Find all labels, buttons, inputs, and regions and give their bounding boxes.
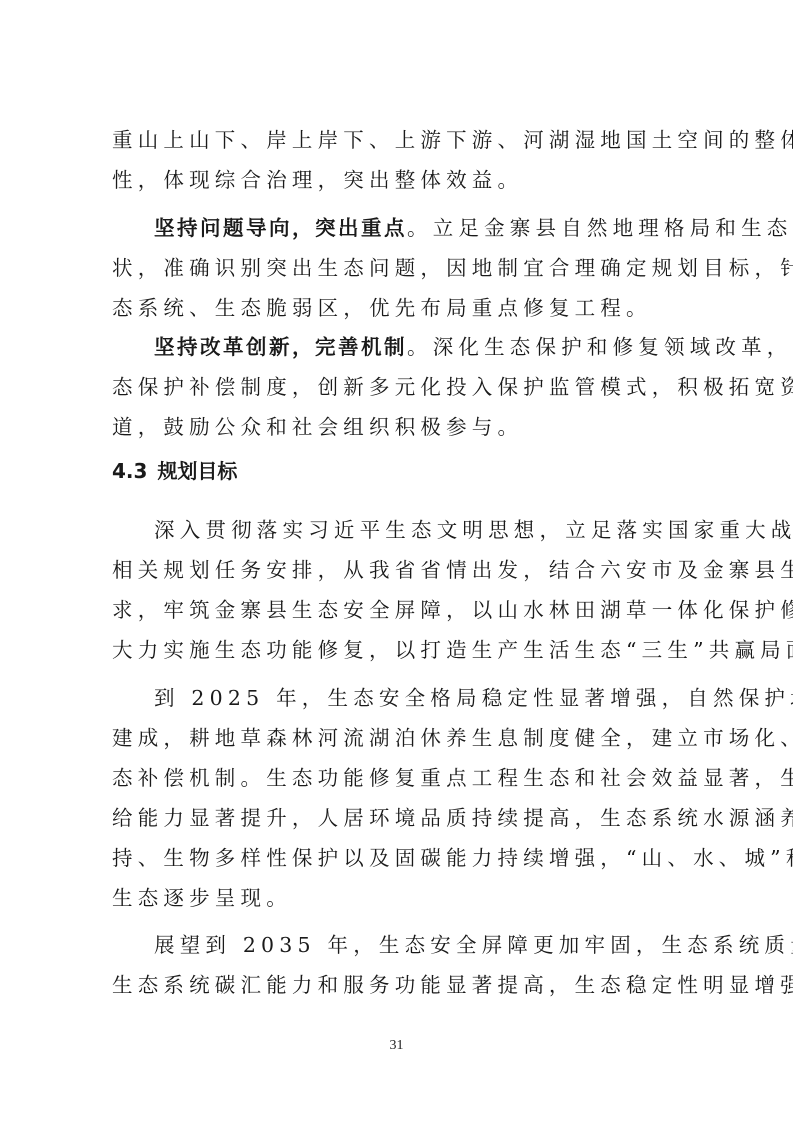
- paragraph-line: 态补偿机制。生态功能修复重点工程生态和社会效益显著，生态产品供: [112, 758, 684, 798]
- paragraph-text: 。深化生态保护和修复领域改革，健全生: [407, 335, 793, 359]
- paragraph-line: 大力实施生态功能修复，以打造生产生活生态“三生”共赢局面。: [112, 630, 684, 670]
- paragraph-line: 给能力显著提升，人居环境品质持续提高，生态系统水源涵养、水土保: [112, 798, 684, 838]
- paragraph-line: 求，牢筑金寨县生态安全屏障，以山水林田湖草一体化保护修复为主线，: [112, 590, 684, 630]
- paragraph-line: 道，鼓励公众和社会组织积极参与。: [112, 407, 684, 447]
- principle-heading-bold: 坚持问题导向，突出重点: [154, 216, 407, 240]
- paragraph-line: 生态逐步呈现。: [112, 878, 684, 918]
- paragraph-line: 态系统、生态脆弱区，优先布局重点修复工程。: [112, 288, 684, 328]
- principle-heading-bold: 坚持改革创新，完善机制: [154, 335, 407, 359]
- section-title: 规划目标: [157, 459, 237, 483]
- paragraph-first-line: 坚持改革创新，完善机制。深化生态保护和修复领域改革，健全生: [154, 327, 684, 367]
- paragraph-line: 性，体现综合治理，突出整体效益。: [112, 160, 684, 200]
- document-page: 重山上山下、岸上岸下、上游下游、河湖湿地国土空间的整体性、系统 性，体现综合治理…: [0, 0, 793, 1122]
- section-number: 4.3: [112, 459, 147, 483]
- paragraph-line: 深入贯彻落实习近平生态文明思想，立足落实国家重大战略部署和: [154, 510, 684, 550]
- paragraph-line: 态保护补偿制度，创新多元化投入保护监管模式，积极拓宽资金筹措渠: [112, 367, 684, 407]
- paragraph-line: 建成，耕地草森林河流湖泊休养生息制度健全，建立市场化、多元化生: [112, 718, 684, 758]
- paragraph-line: 持、生物多样性保护以及固碳能力持续增强，“山、水、城”和谐共生的: [112, 838, 684, 878]
- paragraph-line: 状，准确识别突出生态问题，因地制宜合理确定规划目标，针对重点生: [112, 248, 684, 288]
- paragraph-line: 相关规划任务安排，从我省省情出发，结合六安市及金寨县生态修复需: [112, 550, 684, 590]
- page-number: 31: [0, 1038, 793, 1054]
- section-heading: 4.3规划目标: [112, 453, 237, 489]
- paragraph-first-line: 坚持问题导向，突出重点。立足金寨县自然地理格局和生态系统现: [154, 208, 684, 248]
- paragraph-line: 展望到 2035 年，生态安全屏障更加牢固，生态系统质量明显改善，: [154, 925, 684, 965]
- paragraph-line: 重山上山下、岸上岸下、上游下游、河湖湿地国土空间的整体性、系统: [112, 120, 684, 160]
- paragraph-line: 生态系统碳汇能力和服务功能显著提高，生态稳定性明显增强，“两山”: [112, 965, 684, 1005]
- paragraph-text: 。立足金寨县自然地理格局和生态系统现: [407, 216, 793, 240]
- paragraph-line: 到 2025 年，生态安全格局稳定性显著增强，自然保护地体系初步: [154, 678, 684, 718]
